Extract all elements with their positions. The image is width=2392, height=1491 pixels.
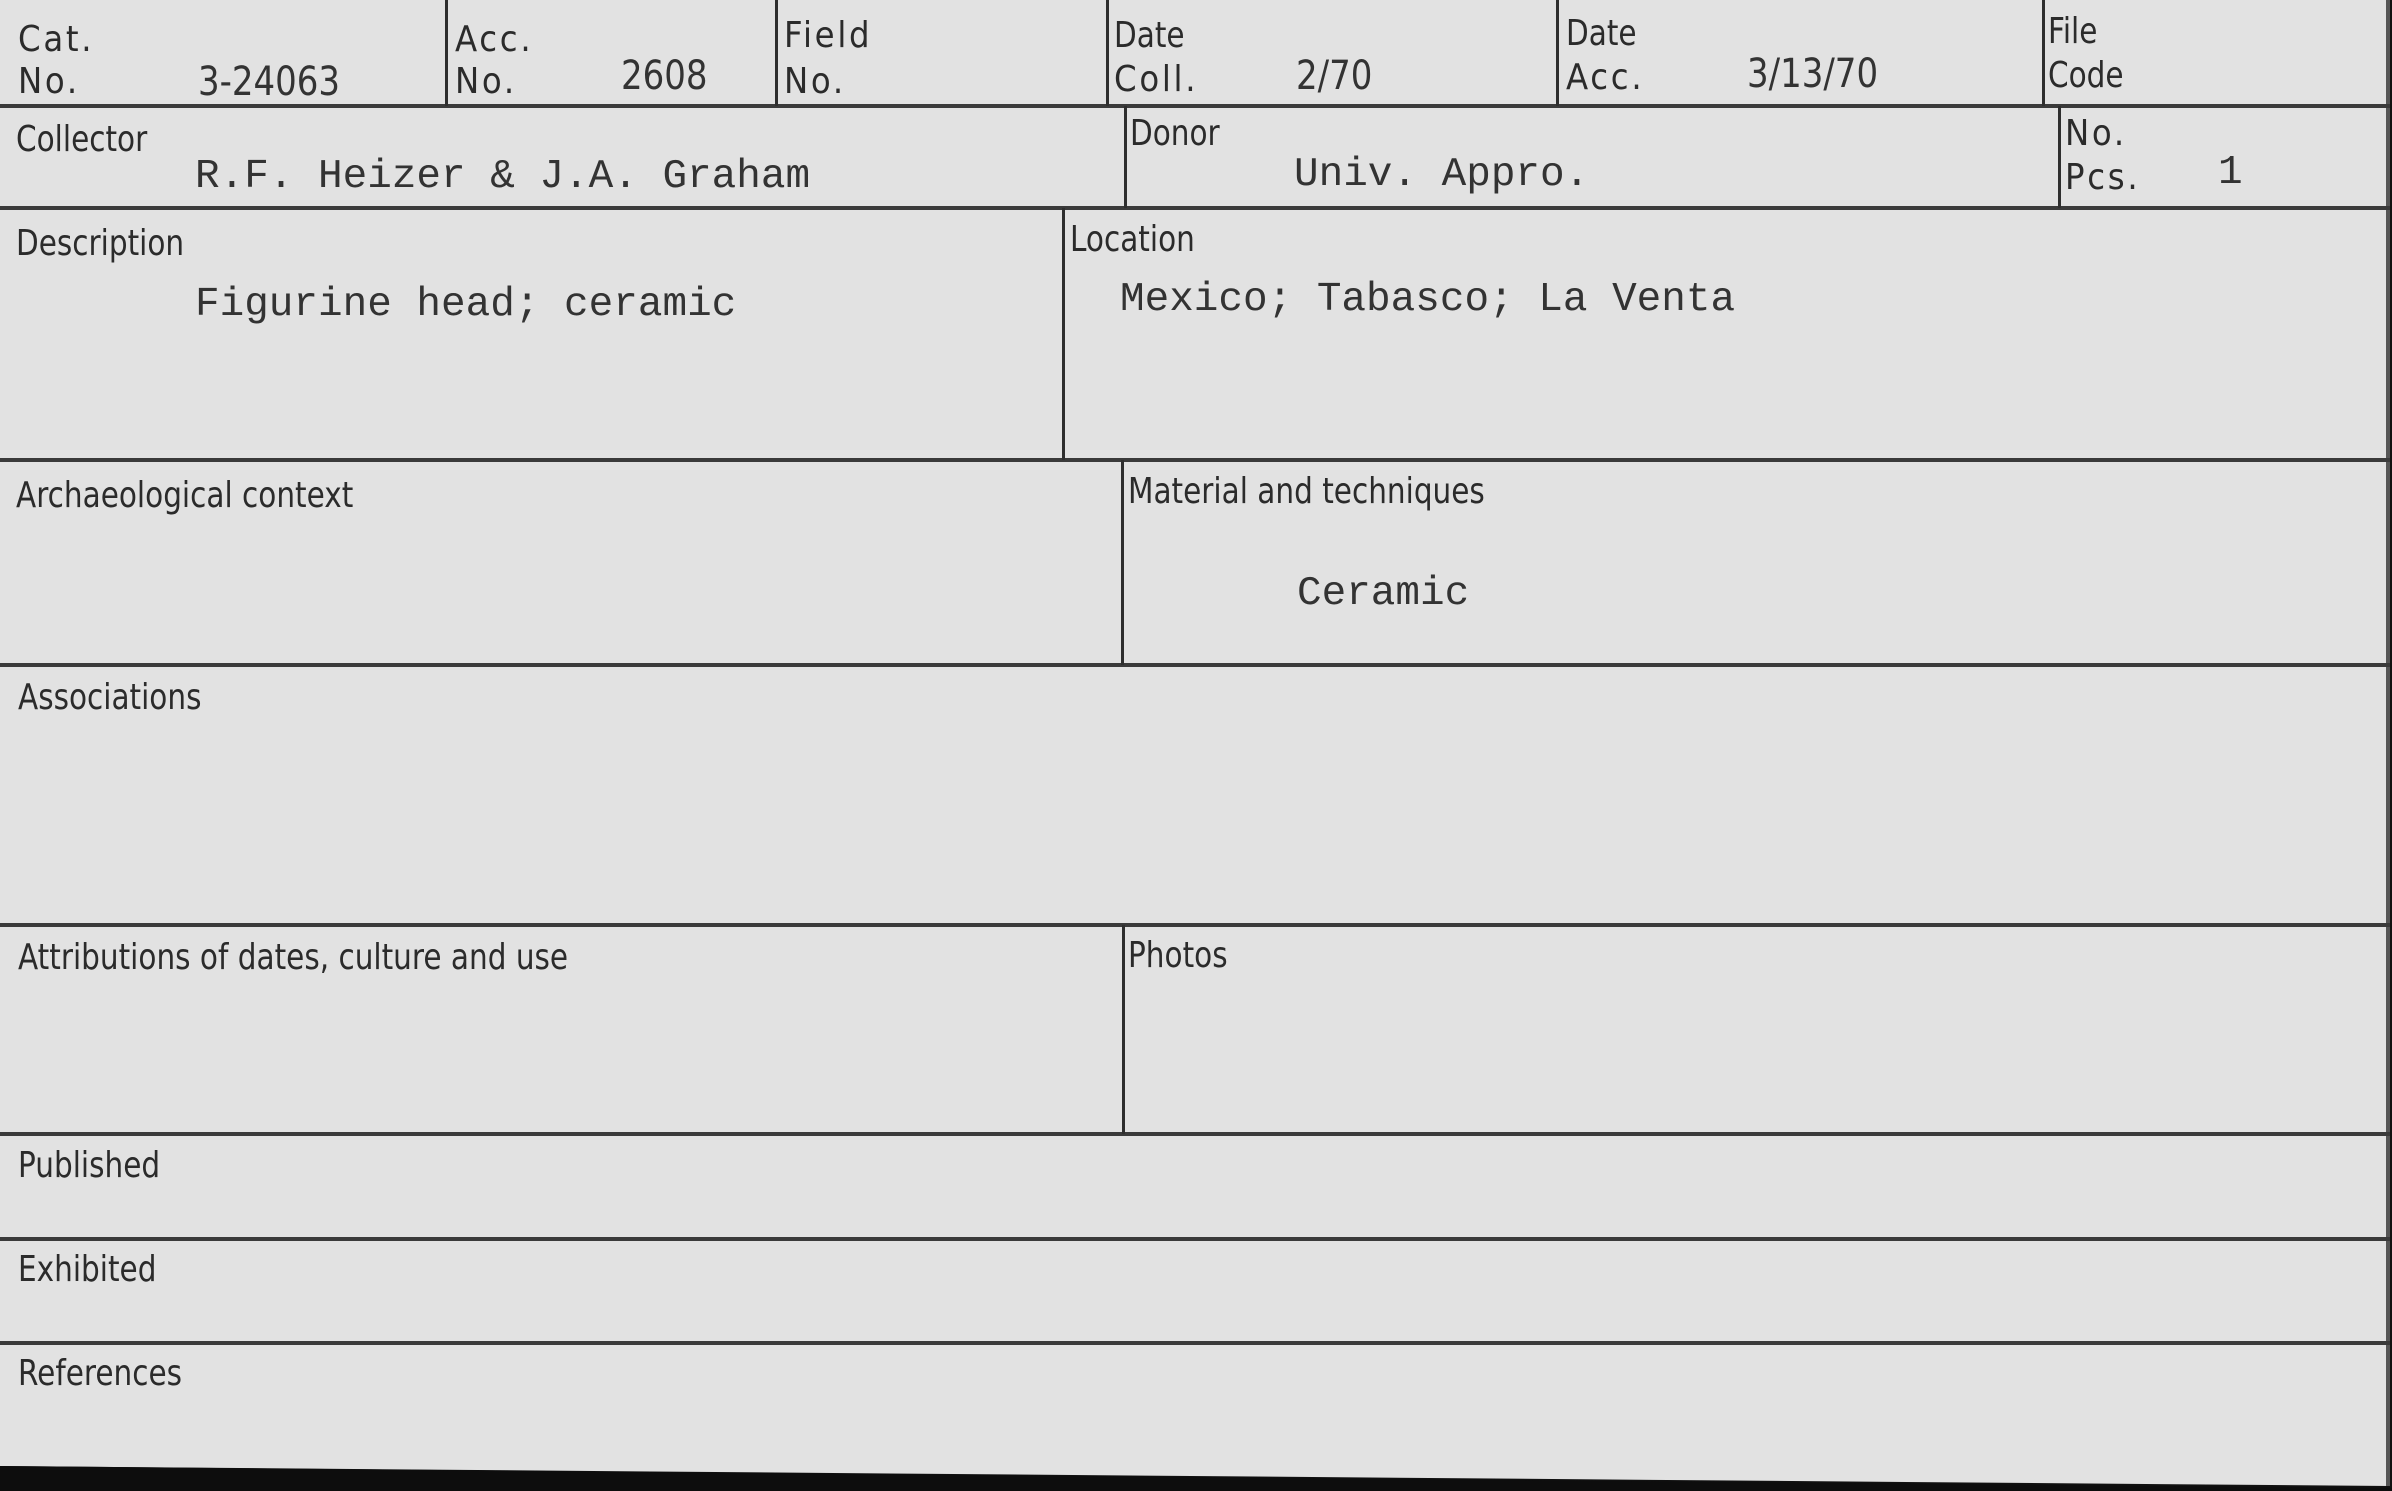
donor-label: Donor (1130, 116, 1220, 152)
divider-datecoll-dateacc (1556, 0, 1559, 106)
rule-row8-bottom (0, 1341, 2392, 1345)
date-coll-label-line2: Coll. (1114, 62, 1198, 98)
archaeological-context-label: Archaeological context (16, 478, 353, 514)
rule-row6-bottom (0, 1132, 2392, 1136)
collector-label: Collector (16, 122, 147, 158)
divider-field-datecoll (1106, 0, 1109, 106)
divider-donor-nopcs (2058, 106, 2061, 208)
exhibited-label: Exhibited (18, 1252, 156, 1288)
rule-row4-bottom (0, 663, 2392, 667)
rule-row1-bottom (0, 104, 2392, 108)
references-label: References (18, 1356, 182, 1392)
field-no-label-line2: No. (784, 64, 846, 100)
date-acc-value: 3/13/70 (1747, 54, 1878, 94)
file-code-label-line1: File (2048, 14, 2097, 50)
divider-acc-field (775, 0, 778, 106)
field-no-label-line1: Field (784, 18, 872, 54)
date-coll-label-line1: Date (1114, 18, 1185, 54)
rule-row5-bottom (0, 923, 2392, 927)
acc-no-label-line2: No. (455, 64, 517, 100)
cat-no-label-line2: No. (18, 64, 80, 100)
catalog-card: Cat. No. 3-24063 Acc. No. 2608 Field No.… (0, 0, 2390, 1491)
location-value: Mexico; Tabasco; La Venta (1120, 280, 1735, 321)
cat-no-value: 3-24063 (198, 62, 340, 102)
associations-label: Associations (18, 680, 201, 716)
no-pcs-label-line1: No. (2065, 116, 2127, 152)
divider-dateacc-filecode (2042, 0, 2045, 106)
attributions-label: Attributions of dates, culture and use (18, 940, 568, 976)
divider-collector-donor (1124, 106, 1127, 208)
divider-attributions-photos (1122, 925, 1125, 1134)
published-label: Published (18, 1148, 160, 1184)
divider-context-material (1121, 460, 1124, 665)
rule-row3-bottom (0, 458, 2392, 462)
material-techniques-label: Material and techniques (1128, 474, 1485, 510)
divider-description-location (1062, 208, 1065, 460)
date-acc-label-line2: Acc. (1566, 60, 1644, 96)
description-label: Description (16, 226, 184, 262)
file-code-label-line2: Code (2048, 58, 2124, 94)
date-acc-label-line1: Date (1566, 16, 1637, 52)
rule-row2-bottom (0, 206, 2392, 210)
donor-value: Univ. Appro. (1294, 155, 1589, 196)
description-value: Figurine head; ceramic (195, 285, 736, 326)
date-coll-value: 2/70 (1296, 56, 1372, 96)
acc-no-value: 2608 (621, 56, 708, 96)
rule-row7-bottom (0, 1237, 2392, 1241)
no-pcs-label-line2: Pcs. (2065, 160, 2140, 196)
divider-cat-acc (445, 0, 448, 106)
acc-no-label-line1: Acc. (455, 22, 533, 58)
cat-no-label-line1: Cat. (18, 22, 94, 58)
photos-label: Photos (1128, 938, 1228, 974)
material-techniques-value: Ceramic (1297, 574, 1469, 615)
no-pcs-value: 1 (2218, 153, 2243, 194)
collector-value: R.F. Heizer & J.A. Graham (195, 157, 810, 198)
location-label: Location (1070, 222, 1195, 258)
